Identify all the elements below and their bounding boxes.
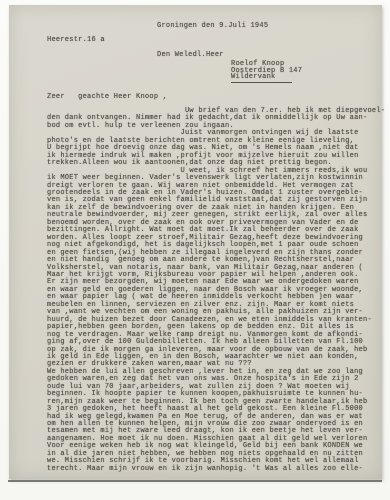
letter-paper: Groningen den 9.Juli 1945 Heerestr.16 a … <box>9 5 382 479</box>
recipient-city: Wildervank <box>231 73 292 83</box>
letter-body: Uw brief van den 7.er. heb ik met diepge… <box>47 108 377 473</box>
paper-bottom-edge-shadow <box>8 480 382 482</box>
letter-body-line: terecht. Maar mijn vrouw en ik zijn wanh… <box>47 466 377 473</box>
letter-greeting: Zeer geachte Heer Knoop , <box>47 93 167 101</box>
addressee-salutation: Den Weledl.Heer <box>157 51 224 59</box>
scanned-letter-frame: Groningen den 9.Juli 1945 Heerestr.16 a … <box>0 0 390 500</box>
sender-address: Heerestr.16 a <box>47 36 105 44</box>
letter-date: Groningen den 9.Juli 1945 <box>157 22 268 30</box>
